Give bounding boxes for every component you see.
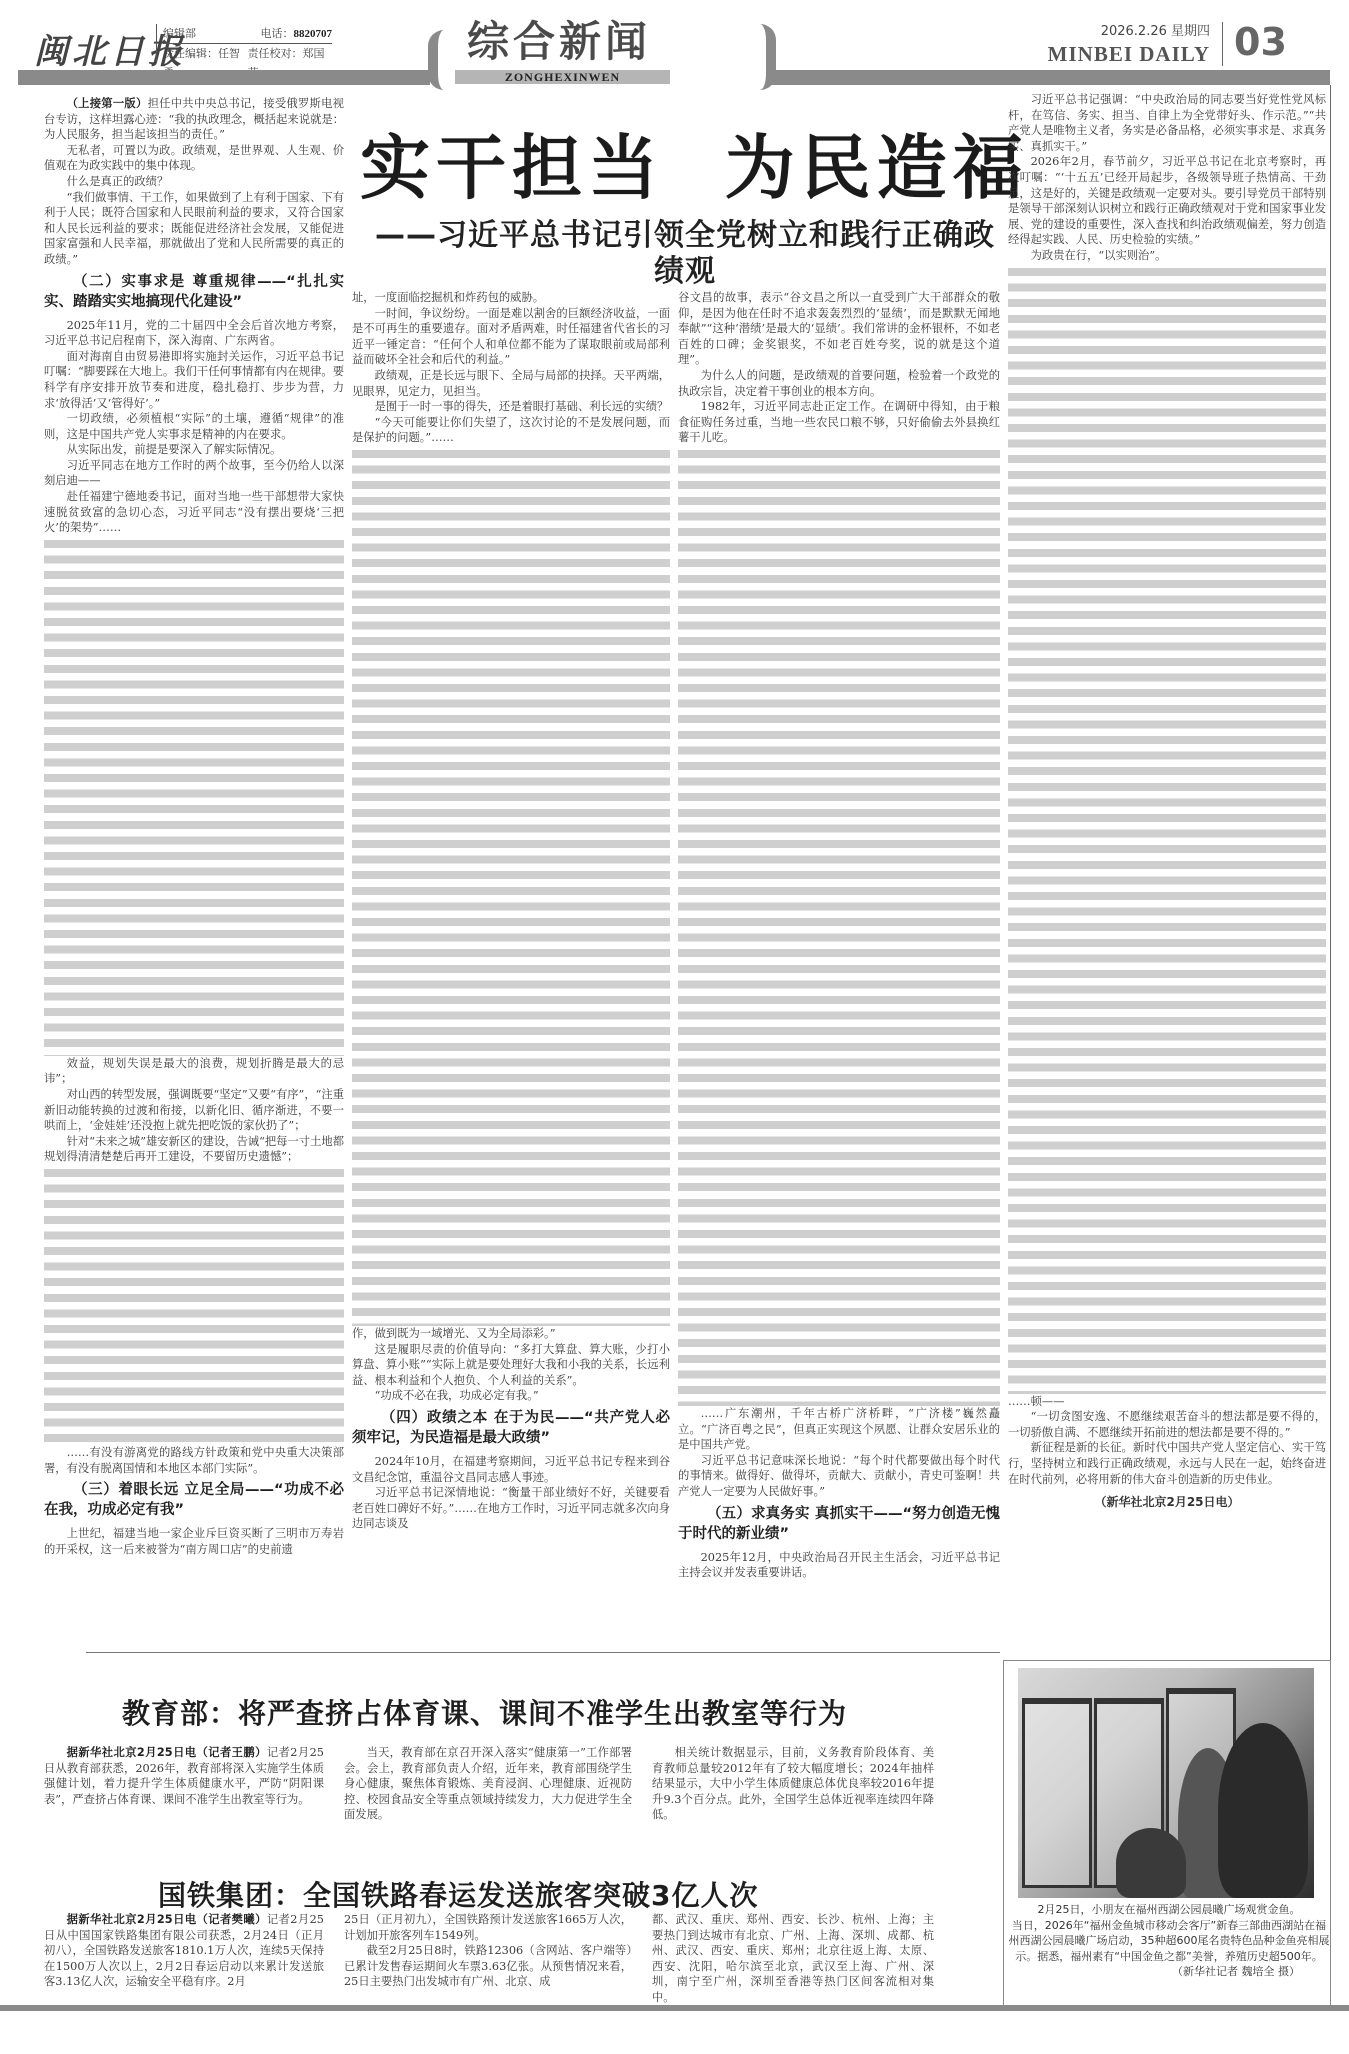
masthead-divider	[1222, 22, 1223, 66]
proofreader-label: 责任校对：郑国艺	[248, 44, 333, 62]
paragraph: 2024年10月，在福建考察期间，习近平总书记专程来到谷文昌纪念馆，重温谷文昌同…	[352, 1454, 670, 1485]
bracket-left-decoration	[428, 30, 444, 90]
paragraph: 上世纪，福建当地一家企业斥巨资买断了三明市万寿岩的开采权，这一后来被誉为“南方周…	[44, 1526, 344, 1557]
edu-column-3: 相关统计数据显示，目前，义务教育阶段体育、美育教师总量较2012年有了较大幅度增…	[652, 1745, 934, 1823]
photo-caption: 2月25日，小朋友在福州西湖公园晨曦广场观赏金鱼。 当日，2026年“福州金鱼城…	[1008, 1902, 1330, 1980]
lead-subhead: ——习近平总书记引领全党树立和践行正确政绩观	[370, 218, 1000, 290]
page-frame-right	[1330, 85, 1331, 1665]
paragraph-filler	[1008, 264, 1326, 1394]
page-number: 03	[1234, 20, 1287, 64]
paragraph: 都、武汉、重庆、郑州、西安、长沙、杭州、上海；主要热门到达城市有北京、广州、上海…	[652, 1912, 934, 2006]
paragraph: 习近平总书记深情地说：“衡量干部业绩好不好，关键要看老百姓口碑好不好。”……在地…	[352, 1485, 670, 1532]
lead-column-4: 习近平总书记强调：“中央政治局的同志要当好党性党风标杆，在笃信、务实、担当、自律…	[1008, 92, 1326, 1672]
paragraph: ……有没有游离党的路线方针政策和党中央重大决策部署，有没有脱离国情和本地区本部门…	[44, 1445, 344, 1476]
paragraph: 对山西的转型发展，强调既要“坚定”又要“有序”，“注重新旧动能转换的过渡和衔接，…	[44, 1087, 344, 1134]
photo-credit: （新华社记者 魏培全 摄）	[1008, 1964, 1330, 1980]
paragraph: 谷文昌的故事，表示“谷文昌之所以一直受到广大干部群众的敬仰，是因为他在任时不追求…	[678, 290, 1000, 368]
paragraph: 当天，教育部在京召开深入落实“健康第一”工作部署会。会上，教育部负责人介绍，近年…	[344, 1745, 632, 1823]
paragraph: 作，做到既为一域增光、又为全局添彩。”	[352, 1326, 670, 1342]
rail-headline: 国铁集团：全国铁路春运发送旅客突破3亿人次	[158, 1874, 759, 1914]
paragraph: （上接第一版）担任中共中央总书记，接受俄罗斯电视台专访，这样坦露心迹：“我的执政…	[44, 96, 344, 143]
paragraph: ……顿——	[1008, 1394, 1326, 1410]
masthead-meta: 编辑部 电话：8820707 责任编辑：任智勇 责任校对：郑国艺	[156, 24, 332, 62]
paragraph-filler	[678, 446, 1000, 1406]
paragraph: 政绩观，正是长远与眼下、全局与局部的抉择。天平两端，见眼界，见定力，见担当。	[352, 368, 670, 399]
paragraph: 25日（正月初九），全国铁路预计发送旅客1665万人次，计划加开旅客列车1549…	[344, 1912, 632, 1943]
paragraph: 是囿于一时一事的得失，还是着眼打基础、利长远的实绩？	[352, 399, 670, 415]
dept-label: 编辑部	[163, 24, 196, 43]
paragraph: 2025年12月，中央政治局召开民主生活会，习近平总书记主持会议并发表重要讲话。	[678, 1550, 1000, 1581]
edu-column-1: 据新华社北京2月25日电（记者王鹏）记者2月25日从教育部获悉，2026年，教育…	[44, 1745, 324, 1807]
paragraph: 从实际出发，前提是要深入了解实际情况。	[44, 442, 344, 458]
fish-tank-shape	[1022, 1698, 1092, 1888]
paragraph-filler	[352, 446, 670, 1326]
section-divider	[86, 1652, 1000, 1653]
paragraph: ……广东潮州，千年古桥广济桥畔，“广济楼”巍然矗立。“广济百粤之民”，但真正实现…	[678, 1406, 1000, 1453]
paragraph: 新征程是新的长征。新时代中国共产党人坚定信心、实干笃行，坚持树立和践行正确政绩观…	[1008, 1440, 1326, 1487]
paragraph: 效益，规划失误是最大的浪费，规划折腾是最大的忌讳”；	[44, 1056, 344, 1087]
paragraph: 2026年2月，春节前夕，习近平总书记在北京考察时，再次叮嘱：“‘十五五’已经开…	[1008, 154, 1326, 248]
paragraph: “功成不必在我，功成必定有我。”	[352, 1388, 670, 1404]
paragraph: 截至2月25日8时，铁路12306（含网站、客户端等）已累计发售春运期间火车票3…	[344, 1943, 632, 1990]
edu-headline: 教育部：将严查挤占体育课、课间不准学生出教室等行为	[122, 1692, 847, 1732]
paragraph: 针对“未来之城”雄安新区的建设，告诫“把每一寸土地都规划得清清楚楚后再开工建设，…	[44, 1134, 344, 1165]
goldfish-photo	[1018, 1668, 1314, 1898]
masthead-rule-left	[18, 70, 430, 85]
section-heading-5: （五）求真务实 真抓实干——“努力创造无愧于时代的新业绩”	[678, 1504, 1000, 1544]
rail-column-3: 都、武汉、重庆、郑州、西安、长沙、杭州、上海；主要热门到达城市有北京、广州、上海…	[652, 1912, 934, 2006]
paper-name-english: MINBEI DAILY	[990, 42, 1210, 67]
paragraph: 据新华社北京2月25日电（记者王鹏）记者2月25日从教育部获悉，2026年，教育…	[44, 1745, 324, 1807]
issue-date: 2026.2.26 星期四	[1040, 20, 1210, 39]
paragraph: 习近平总书记意味深长地说：“每个时代都要做出每个时代的事情来。做得好、做得坏，贡…	[678, 1453, 1000, 1500]
paragraph: 什么是真正的政绩？	[44, 174, 344, 190]
paragraph: 一切政绩，必须植根“实际”的土壤，遵循“规律”的准则，这是中国共产党人实事求是精…	[44, 411, 344, 442]
tel-number: 8820707	[294, 28, 333, 40]
lead-headline: 实干担当 为民造福	[360, 128, 1000, 208]
rail-column-1: 据新华社北京2月25日电（记者樊曦）记者2月25日从中国国家铁路集团有限公司获悉…	[44, 1912, 324, 1990]
paragraph: 赴任福建宁德地委书记，面对当地一些干部想带大家快速脱贫致富的急切心态，习近平同志…	[44, 489, 344, 536]
editor-label: 责任编辑：任智勇	[163, 44, 248, 62]
paragraph: 址，一度面临挖掘机和炸药包的威胁。	[352, 290, 670, 306]
rail-column-2: 25日（正月初九），全国铁路预计发送旅客1665万人次，计划加开旅客列车1549…	[344, 1912, 632, 1990]
lead-column-3: 谷文昌的故事，表示“谷文昌之所以一直受到广大干部群众的敬仰，是因为他在任时不追求…	[678, 290, 1000, 1680]
paragraph: 习近平总书记强调：“中央政治局的同志要当好党性党风标杆，在笃信、务实、担当、自律…	[1008, 92, 1326, 154]
lead-column-1: （上接第一版）担任中共中央总书记，接受俄罗斯电视台专访，这样坦露心迹：“我的执政…	[44, 96, 344, 1676]
paragraph: 为政贵在行，“以实则治”。	[1008, 248, 1326, 264]
tel-label: 电话：	[261, 27, 294, 40]
masthead-rule-right	[770, 70, 1330, 85]
paragraph-filler	[44, 1165, 344, 1445]
paragraph: 1982年，习近平同志赴正定工作。在调研中得知，由于粮食征购任务过重，当地一些农…	[678, 399, 1000, 446]
section-heading-2: （二）实事求是 尊重规律——“扎扎实实、踏踏实实地搞现代化建设”	[44, 272, 344, 312]
section-heading-3: （三）着眼长远 立足全局——“功成不必在我，功成必定有我”	[44, 1480, 344, 1520]
caption-line-2: 当日，2026年“福州金鱼城市移动会客厅”新春三部曲西湖站在福州西湖公园晨曦广场…	[1008, 1918, 1330, 1965]
continued-from-label: （上接第一版）	[67, 97, 148, 110]
page-bottom-rule	[0, 2005, 1349, 2011]
paragraph: 相关统计数据显示，目前，义务教育阶段体育、美育教师总量较2012年有了较大幅度增…	[652, 1745, 934, 1823]
rail-lead-in: 据新华社北京2月25日电（记者樊曦）	[67, 1913, 267, 1926]
paragraph: 据新华社北京2月25日电（记者樊曦）记者2月25日从中国国家铁路集团有限公司获悉…	[44, 1912, 324, 1990]
edu-column-2: 当天，教育部在京召开深入落实“健康第一”工作部署会。会上，教育部负责人介绍，近年…	[344, 1745, 632, 1823]
paragraph: 面对海南自由贸易港即将实施封关运作，习近平总书记叮嘱：“脚要踩在大地上。我们干任…	[44, 349, 344, 411]
paragraph: “一切贪图安逸、不愿继续艰苦奋斗的想法都是要不得的，一切骄傲自满、不愿继续开拓前…	[1008, 1409, 1326, 1440]
paragraph: 一时间，争议纷纷。一面是难以割舍的巨额经济收益，一面是不可再生的重要遗存。面对矛…	[352, 306, 670, 368]
dateline: （新华社北京2月25日电）	[1008, 1495, 1326, 1511]
section-title: 综合新闻	[449, 18, 669, 66]
paragraph: 这是履职尽责的价值导向：“多打大算盘、算大账，少打小算盘、算小账”“实际上就是要…	[352, 1342, 670, 1389]
paragraph: “今天可能要让你们失望了，这次讨论的不是发展问题，而是保护的问题。”……	[352, 415, 670, 446]
paragraph: 为什么人的问题，是政绩观的首要问题，检验着一个政党的执政宗旨，决定着干事创业的根…	[678, 368, 1000, 399]
paragraph: 习近平同志在地方工作时的两个故事，至今仍给人以深刻启迪——	[44, 458, 344, 489]
child-silhouette	[1116, 1828, 1186, 1898]
lead-column-2: 址，一度面临挖掘机和炸药包的威胁。 一时间，争议纷纷。一面是难以割舍的巨额经济收…	[352, 290, 670, 1680]
section-pinyin: ZONGHEXINWEN	[455, 70, 670, 84]
paragraph-filler	[44, 536, 344, 1056]
paragraph: “我们做事情、干工作，如果做到了上有利于国家、下有利于人民；既符合国家和人民眼前…	[44, 190, 344, 268]
edu-lead-in: 据新华社北京2月25日电（记者王鹏）	[67, 1746, 267, 1759]
paragraph: 无私者，可置以为政。政绩观，是世界观、人生观、价值观在为政实践中的集中体现。	[44, 143, 344, 174]
caption-line-1: 2月25日，小朋友在福州西湖公园晨曦广场观赏金鱼。	[1008, 1902, 1330, 1918]
masthead: 闽北日报 编辑部 电话：8820707 责任编辑：任智勇 责任校对：郑国艺 综合…	[0, 0, 1349, 90]
child-silhouette	[1218, 1723, 1308, 1898]
paragraph: 2025年11月，党的二十届四中全会后首次地方考察，习近平总书记启程南下，深入海…	[44, 318, 344, 349]
section-heading-4: （四）政绩之本 在于为民——“共产党人必须牢记，为民造福是最大政绩”	[352, 1408, 670, 1448]
